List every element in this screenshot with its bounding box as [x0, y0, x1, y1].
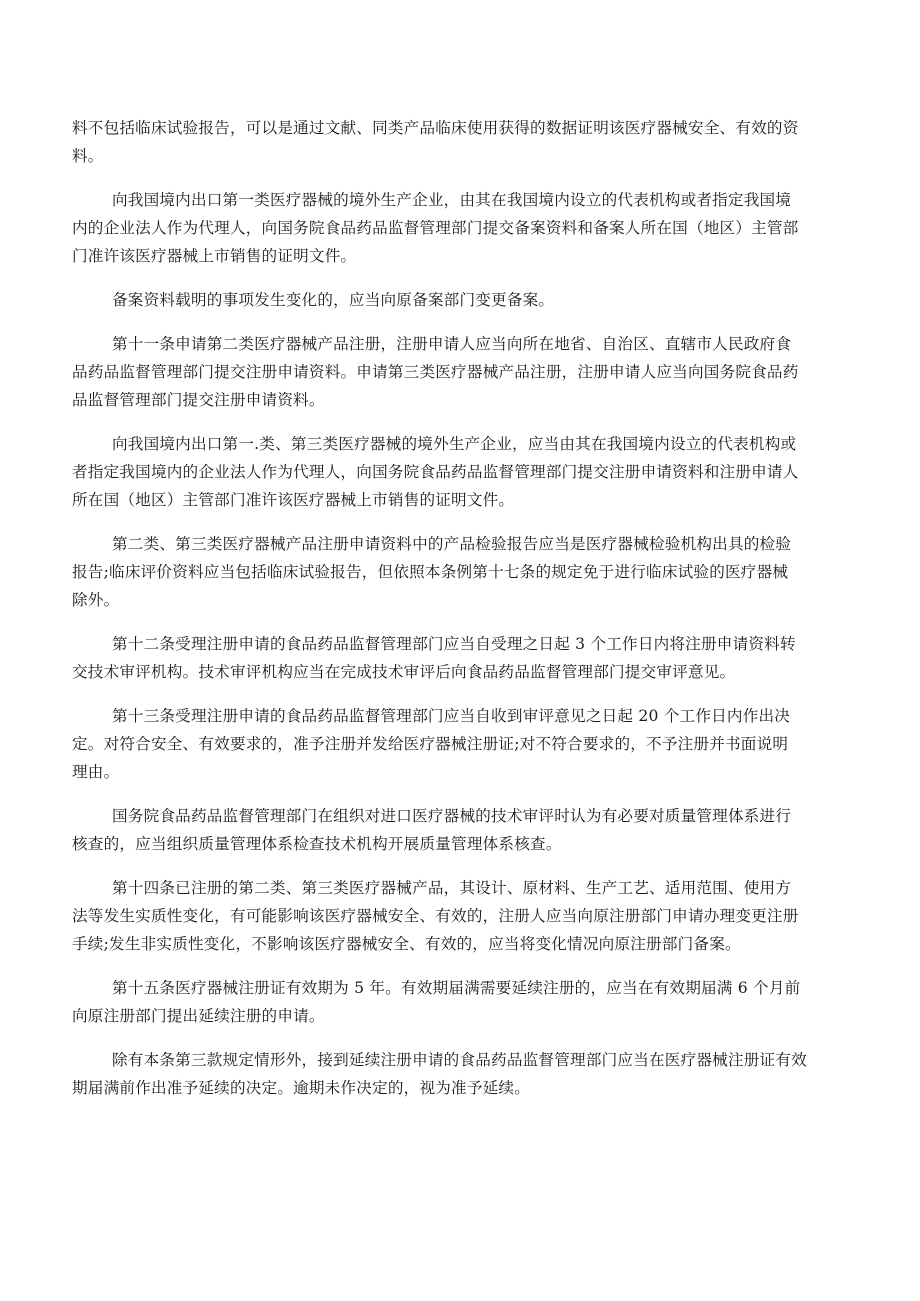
text-line: 备案资料载明的事项发生变化的，应当向原备案部门变更备案。 — [72, 286, 854, 314]
paragraph: 第十五条医疗器械注册证有效期为 5 年。有效期届满需要延续注册的，应当在有效期届… — [72, 974, 854, 1030]
text-line: 第十三条受理注册申请的食品药品监督管理部门应当自收到审评意见之日起 20 个工作… — [72, 702, 854, 730]
text-line: 所在国（地区）主管部门准许该医疗器械上市销售的证明文件。 — [72, 486, 854, 514]
paragraph: 国务院食品药品监督管理部门在组织对进口医疗器械的技术审评时认为有必要对质量管理体… — [72, 802, 854, 858]
text-line: 向我国境内出口第一类医疗器械的境外生产企业，由其在我国境内设立的代表机构或者指定… — [72, 186, 854, 214]
text-line: 理由。 — [72, 758, 854, 786]
text-line: 交技术审评机构。技术审评机构应当在完成技术审评后向食品药品监督管理部门提交审评意… — [72, 658, 854, 686]
paragraph: 除有本条第三款规定情形外，接到延续注册申请的食品药品监督管理部门应当在医疗器械注… — [72, 1046, 854, 1102]
text-line: 定。对符合安全、有效要求的，准予注册并发给医疗器械注册证;对不符合要求的，不予注… — [72, 730, 854, 758]
paragraph: 第十二条受理注册申请的食品药品监督管理部门应当自受理之日起 3 个工作日内将注册… — [72, 630, 854, 686]
text-line: 第十二条受理注册申请的食品药品监督管理部门应当自受理之日起 3 个工作日内将注册… — [72, 630, 854, 658]
text-line: 内的企业法人作为代理人，向国务院食品药品监督管理部门提交备案资料和备案人所在国（… — [72, 214, 854, 242]
text-line: 第十四条已注册的第二类、第三类医疗器械产品，其设计、原材料、生产工艺、适用范围、… — [72, 874, 854, 902]
paragraph: 向我国境内出口第一.类、第三类医疗器械的境外生产企业，应当由其在我国境内设立的代… — [72, 430, 854, 514]
paragraph: 料不包括临床试验报告，可以是通过文献、同类产品临床使用获得的数据证明该医疗器械安… — [72, 114, 854, 170]
text-line: 第二类、第三类医疗器械产品注册申请资料中的产品检验报告应当是医疗器械检验机构出具… — [72, 530, 854, 558]
text-line: 核查的，应当组织质量管理体系检查技术机构开展质量管理体系核查。 — [72, 830, 854, 858]
text-line: 国务院食品药品监督管理部门在组织对进口医疗器械的技术审评时认为有必要对质量管理体… — [72, 802, 854, 830]
text-line: 向我国境内出口第一.类、第三类医疗器械的境外生产企业，应当由其在我国境内设立的代… — [72, 430, 854, 458]
paragraph: 第十三条受理注册申请的食品药品监督管理部门应当自收到审评意见之日起 20 个工作… — [72, 702, 854, 786]
text-line: 料。 — [72, 142, 854, 170]
text-line: 第十一条申请第二类医疗器械产品注册，注册申请人应当向所在地省、自治区、直辖市人民… — [72, 330, 854, 358]
text-line: 除外。 — [72, 586, 854, 614]
text-line: 门准许该医疗器械上市销售的证明文件。 — [72, 242, 854, 270]
paragraph: 备案资料载明的事项发生变化的，应当向原备案部门变更备案。 — [72, 286, 854, 314]
text-line: 品药品监督管理部门提交注册申请资料。申请第三类医疗器械产品注册，注册申请人应当向… — [72, 358, 854, 386]
text-line: 向原注册部门提出延续注册的申请。 — [72, 1002, 854, 1030]
text-line: 手续;发生非实质性变化，不影响该医疗器械安全、有效的，应当将变化情况向原注册部门… — [72, 930, 854, 958]
text-line: 法等发生实质性变化，有可能影响该医疗器械安全、有效的，注册人应当向原注册部门申请… — [72, 902, 854, 930]
text-line: 料不包括临床试验报告，可以是通过文献、同类产品临床使用获得的数据证明该医疗器械安… — [72, 114, 854, 142]
paragraph: 第十四条已注册的第二类、第三类医疗器械产品，其设计、原材料、生产工艺、适用范围、… — [72, 874, 854, 958]
text-line: 第十五条医疗器械注册证有效期为 5 年。有效期届满需要延续注册的，应当在有效期届… — [72, 974, 854, 1002]
document-page: 料不包括临床试验报告，可以是通过文献、同类产品临床使用获得的数据证明该医疗器械安… — [72, 114, 854, 1118]
paragraph: 第十一条申请第二类医疗器械产品注册，注册申请人应当向所在地省、自治区、直辖市人民… — [72, 330, 854, 414]
text-line: 报告;临床评价资料应当包括临床试验报告，但依照本条例第十七条的规定免于进行临床试… — [72, 558, 854, 586]
paragraph: 第二类、第三类医疗器械产品注册申请资料中的产品检验报告应当是医疗器械检验机构出具… — [72, 530, 854, 614]
text-line: 品监督管理部门提交注册申请资料。 — [72, 386, 854, 414]
text-line: 除有本条第三款规定情形外，接到延续注册申请的食品药品监督管理部门应当在医疗器械注… — [72, 1046, 854, 1074]
text-line: 期届满前作出准予延续的决定。逾期未作决定的，视为准予延续。 — [72, 1074, 854, 1102]
text-line: 者指定我国境内的企业法人作为代理人，向国务院食品药品监督管理部门提交注册申请资料… — [72, 458, 854, 486]
paragraph: 向我国境内出口第一类医疗器械的境外生产企业，由其在我国境内设立的代表机构或者指定… — [72, 186, 854, 270]
